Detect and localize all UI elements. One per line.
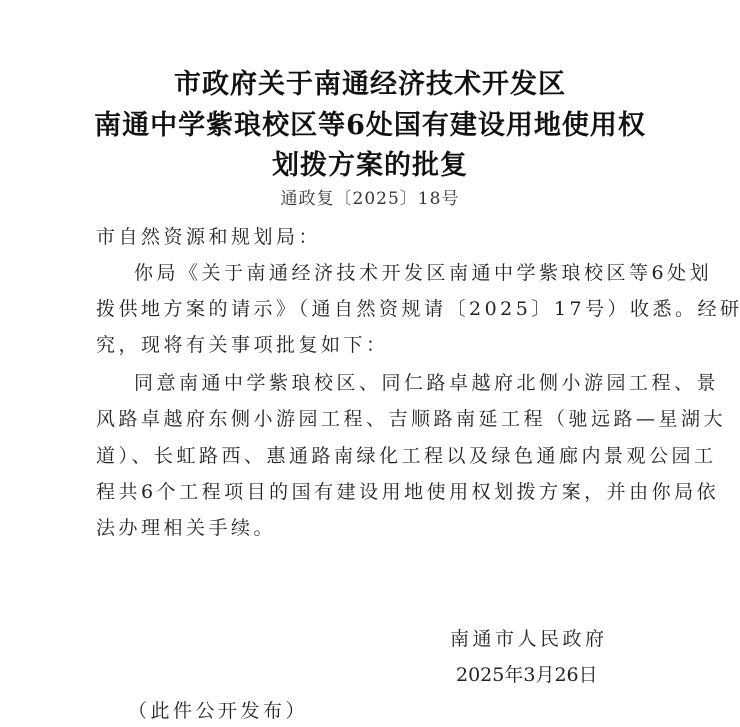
issue-date: 2025年3月26日	[456, 660, 598, 687]
paragraph2-line-4: 程共6个工程项目的国有建设用地使用权划拨方案，并由你局依	[96, 477, 719, 504]
paragraph2-line-1: 同意南通中学紫琅校区、同仁路卓越府北侧小游园工程、景	[134, 368, 719, 395]
paragraph2-line-2: 风路卓越府东侧小游园工程、吉顺路南延工程（驰远路—星湖大	[96, 404, 726, 431]
paragraph1-line-2: 拨供地方案的请示》（通自然资规请〔2025〕17号）收悉。经研	[96, 294, 740, 321]
paragraph1-line-3: 究，现将有关事项批复如下：	[96, 330, 389, 357]
publication-note: （此件公开发布）	[128, 696, 308, 723]
paragraph2-line-5: 法办理相关手续。	[96, 513, 276, 540]
recipient: 市自然资源和规划局：	[96, 222, 321, 249]
title-line-2: 南通中学紫琅校区等6处国有建设用地使用权	[0, 103, 740, 142]
paragraph1-line-1: 你局《关于南通经济技术开发区南通中学紫琅校区等6处划	[134, 258, 712, 285]
document-number: 通政复〔2025〕18号	[0, 184, 740, 209]
title-line-1: 市政府关于南通经济技术开发区	[0, 62, 740, 101]
issuer: 南通市人民政府	[450, 624, 608, 651]
paragraph2-line-3: 道）、长虹路西、惠通路南绿化工程以及绿色通廊内景观公园工	[96, 441, 717, 468]
title-line-3: 划拨方案的批复	[0, 143, 740, 182]
